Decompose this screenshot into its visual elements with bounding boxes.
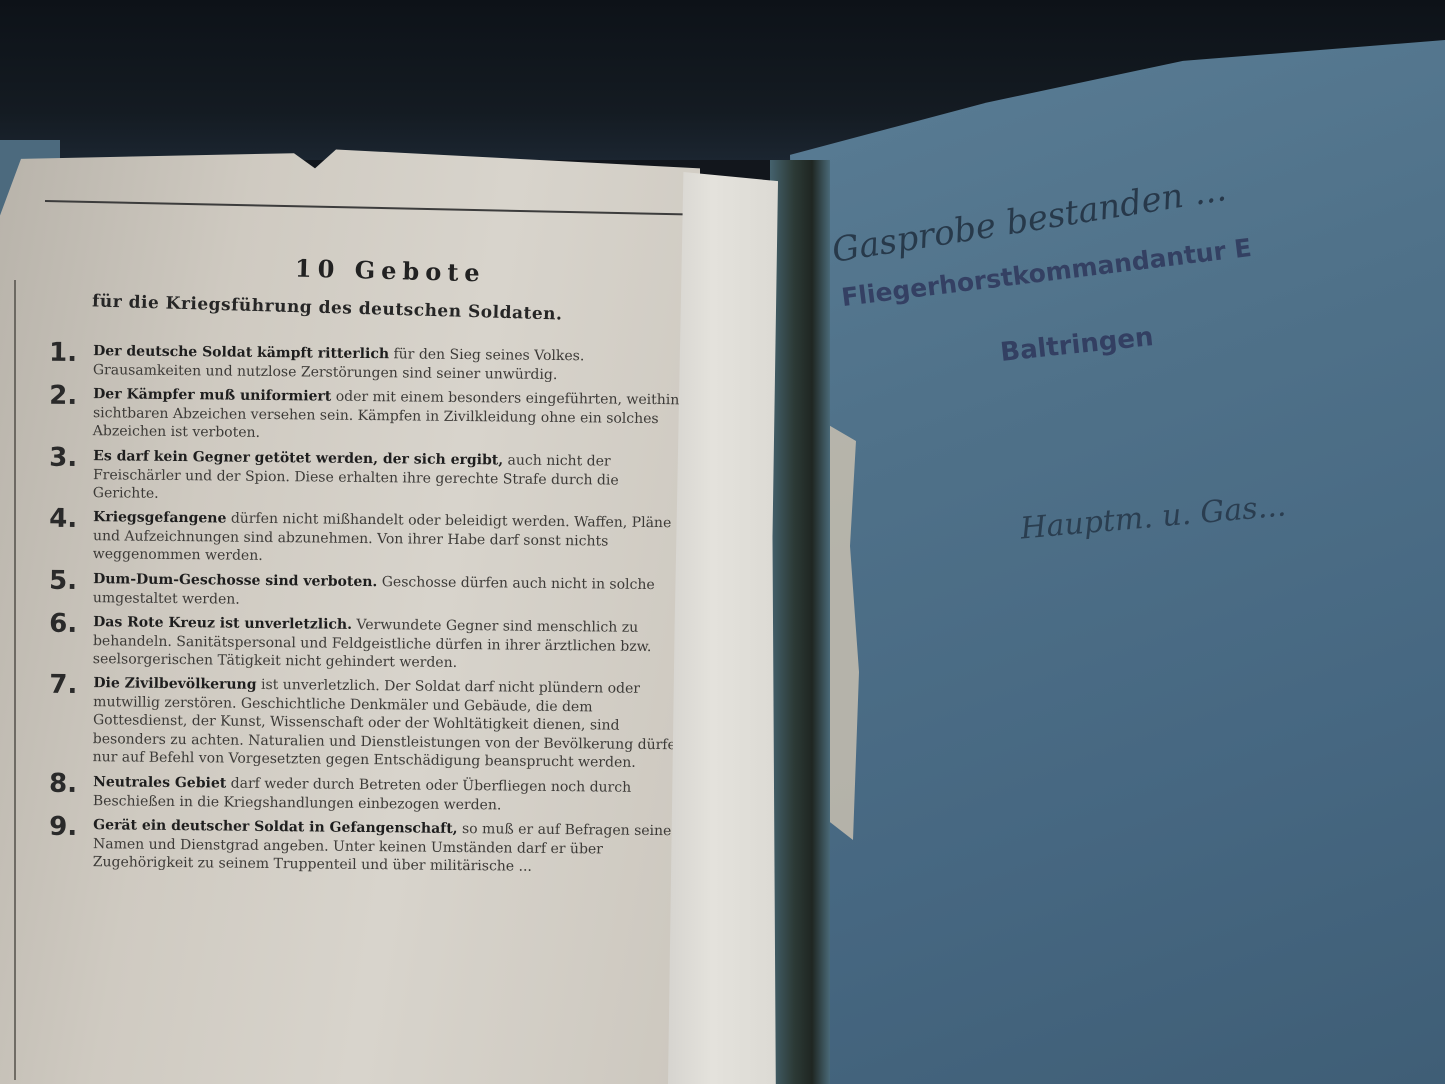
page-title: 10 Gebote	[295, 254, 486, 288]
list-item: 8.Neutrales Gebiet darf weder durch Betr…	[45, 772, 685, 816]
list-item: 3.Es darf kein Gegner getötet werden, de…	[45, 446, 686, 508]
list-item: 6.Das Rote Kreuz ist unverletzlich. Verw…	[45, 612, 686, 674]
list-item: 7.Die Zivilbevölkerung ist unverletzlich…	[45, 674, 686, 773]
list-item: 1.Der deutsche Soldat kämpft ritterlich …	[45, 342, 685, 386]
repair-tape-strip	[668, 172, 778, 1084]
list-item: 5.Dum-Dum-Geschosse sind verboten. Gesch…	[45, 569, 685, 613]
book-spine	[770, 160, 830, 1084]
margin-line	[14, 280, 16, 1080]
list-item: 2.Der Kämpfer muß uniformiert oder mit e…	[45, 385, 686, 447]
list-item: 4.Kriegsgefangene dürfen nicht mißhandel…	[45, 508, 686, 570]
commandments-list: 1.Der deutsche Soldat kämpft ritterlich …	[45, 345, 685, 880]
list-item: 9.Gerät ein deutscher Soldat in Gefangen…	[45, 815, 686, 877]
